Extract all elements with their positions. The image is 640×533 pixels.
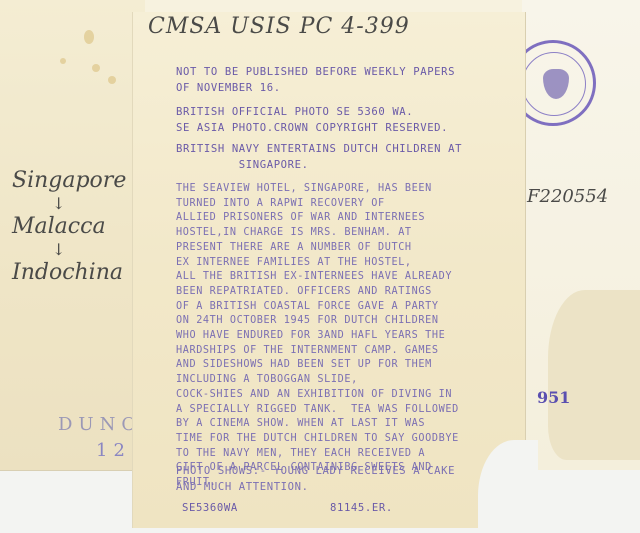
faded-stamp-text: DUNO <box>58 414 142 435</box>
down-arrow-icon: ↓ <box>12 243 126 257</box>
handwritten-reference: CMSA USIS PC 4-399 <box>148 14 410 39</box>
side-stamp-number: 951 <box>537 388 570 407</box>
stain <box>60 58 66 64</box>
stain <box>108 76 116 84</box>
torn-paper-patch <box>548 290 640 460</box>
stain <box>92 64 100 72</box>
route-stop: Malacca <box>12 214 106 239</box>
photo-code: SE5360WA <box>182 500 238 516</box>
embargo-notice: NOT TO BE PUBLISHED BEFORE WEEKLY PAPERS… <box>176 64 455 96</box>
route-stop: Singapore <box>12 168 126 193</box>
caption-body: THE SEAVIEW HOTEL, SINGAPORE, HAS BEEN T… <box>176 182 459 491</box>
photo-shows-line: PHOTO SHOWS:- YOUNG LADY RECEIVES A CAKE… <box>176 463 455 495</box>
caption-headline: BRITISH NAVY ENTERTAINS DUTCH CHILDREN A… <box>176 141 462 173</box>
reference-number: 81145.ER. <box>330 500 393 516</box>
stain <box>84 30 94 44</box>
route-stop: Indochina <box>12 260 123 285</box>
archive-number: F220554 <box>527 186 608 207</box>
route-note: Singapore ↓ Malacca ↓ Indochina <box>12 165 126 289</box>
faded-stamp-date: 12 <box>96 440 131 461</box>
photo-credit: BRITISH OFFICIAL PHOTO SE 5360 WA. SE AS… <box>176 104 448 136</box>
shield-emblem-icon <box>543 69 569 99</box>
down-arrow-icon: ↓ <box>12 197 126 211</box>
